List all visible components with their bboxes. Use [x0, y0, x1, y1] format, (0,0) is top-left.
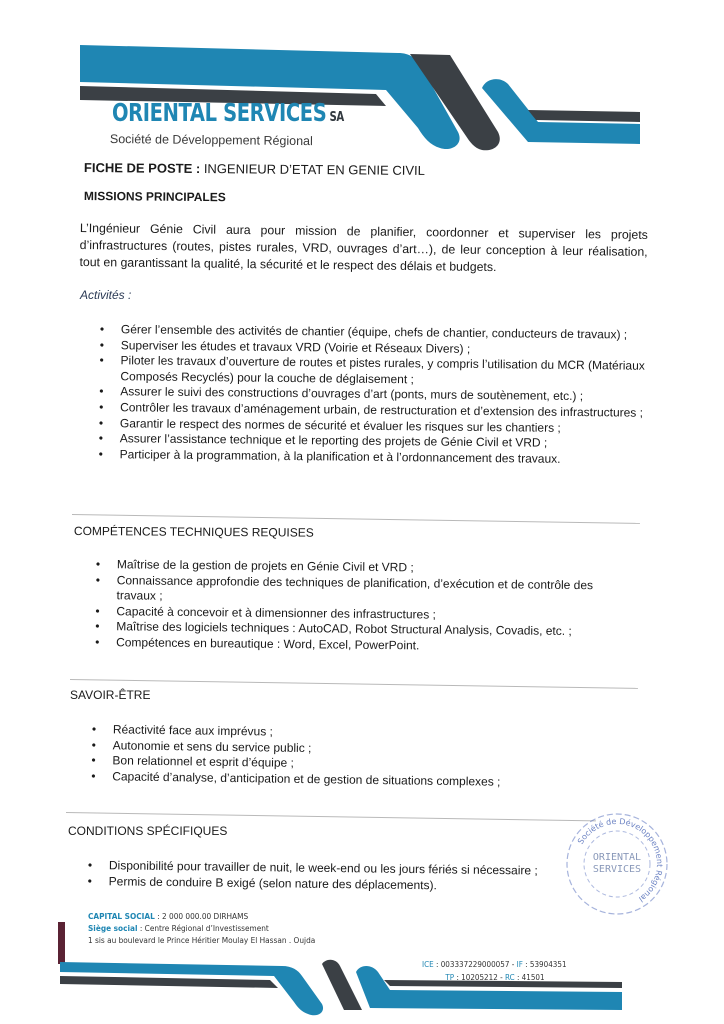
- stamp-line-1: ORIENTAL: [593, 852, 641, 863]
- ice-label: ICE: [422, 960, 434, 969]
- job-title: INGENIEUR D’ETAT EN GENIE CIVIL: [204, 161, 425, 178]
- company-stamp-icon: Société de Développement Régional ORIENT…: [563, 810, 671, 918]
- missions-intro: L’Ingénieur Génie Civil aura pour missio…: [79, 220, 648, 278]
- activities-list: Gérer l’ensemble des activités de chanti…: [97, 322, 658, 468]
- footer-company-info: CAPITAL SOCIAL : 2 000 000.00 DIRHAMS Si…: [88, 910, 315, 946]
- activities-label: Activités :: [80, 288, 131, 302]
- company-suffix: SA: [329, 110, 343, 125]
- footer-legal-ids: ICE : 003337229000057 - IF : 53904351 TP…: [422, 958, 567, 984]
- section-divider: [72, 514, 640, 524]
- rc-value: : 41501: [517, 973, 545, 982]
- missions-heading: MISSIONS PRINCIPALES: [84, 189, 226, 204]
- company-name-text: ORIENTAL SERVICES: [112, 98, 326, 127]
- footer-address: 1 sis au boulevard le Prince Héritier Mo…: [88, 934, 315, 946]
- ice-value: : 003337229000057 -: [436, 960, 514, 969]
- conditions-list: Disponibilité pour travailler de nuit, l…: [86, 858, 576, 895]
- siege-value: : Centre Régional d’Investissement: [140, 923, 269, 933]
- page-title: FICHE DE POSTE : INGENIEUR D’ETAT EN GEN…: [84, 160, 425, 178]
- conditions-heading: CONDITIONS SPÉCIFIQUES: [68, 824, 227, 838]
- if-label: IF: [517, 960, 523, 969]
- company-tagline: Société de Développement Régional: [110, 132, 313, 148]
- tp-label: TP: [445, 973, 454, 982]
- company-name: ORIENTAL SERVICESSA: [112, 98, 344, 127]
- competences-heading: COMPÉTENCES TECHNIQUES REQUISES: [74, 524, 314, 540]
- section-divider: [66, 812, 596, 821]
- if-value: : 53904351: [525, 960, 566, 969]
- section-divider: [70, 679, 638, 689]
- tp-value: : 10205212 -: [456, 973, 502, 982]
- rc-label: RC: [505, 973, 515, 982]
- stamp-line-2: SERVICES: [593, 864, 641, 875]
- siege-label: Siège social: [88, 923, 138, 933]
- capital-value: : 2 000 000.00 DIRHAMS: [157, 911, 248, 921]
- capital-label: CAPITAL SOCIAL: [88, 911, 155, 921]
- job-title-label: FICHE DE POSTE :: [84, 160, 200, 176]
- savoir-etre-list: Réactivité face aux imprévus ; Autonomie…: [89, 722, 550, 791]
- savoir-etre-heading: SAVOIR-ÊTRE: [70, 688, 150, 702]
- competences-list: Maîtrise de la gestion de projets en Gén…: [93, 557, 614, 656]
